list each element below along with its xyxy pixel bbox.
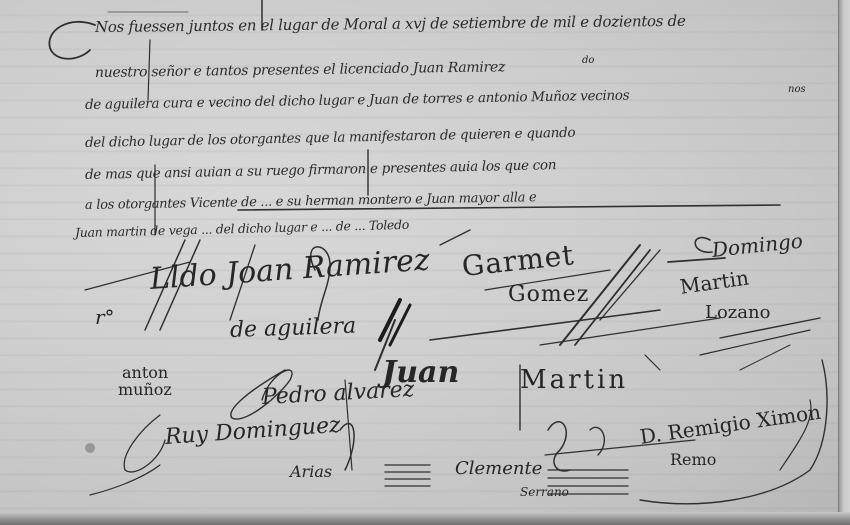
signature-remigio-line2: Remo [670,450,716,469]
signature-martin: Martin [520,365,628,395]
signature-serrano: Serrano [520,485,569,499]
signature-clemente: Clemente [455,458,542,479]
signature-gomez-line2: Gomez [508,282,589,307]
signature-licenciado-line2: de aguilera [230,314,357,343]
page-bottom-edge [0,512,850,525]
manuscript-page: Nos fuessen juntos en el lugar de Moral … [0,0,850,525]
signature-arias: Arias [290,462,332,481]
superscript-licenciado: do [582,55,594,66]
superscript-vecinos: nos [788,84,806,95]
signature-domingo-line3: Lozano [705,302,770,323]
page-right-edge [838,0,850,525]
signature-marker: r° [95,305,115,329]
signature-anton-line2: muñoz [118,380,172,399]
